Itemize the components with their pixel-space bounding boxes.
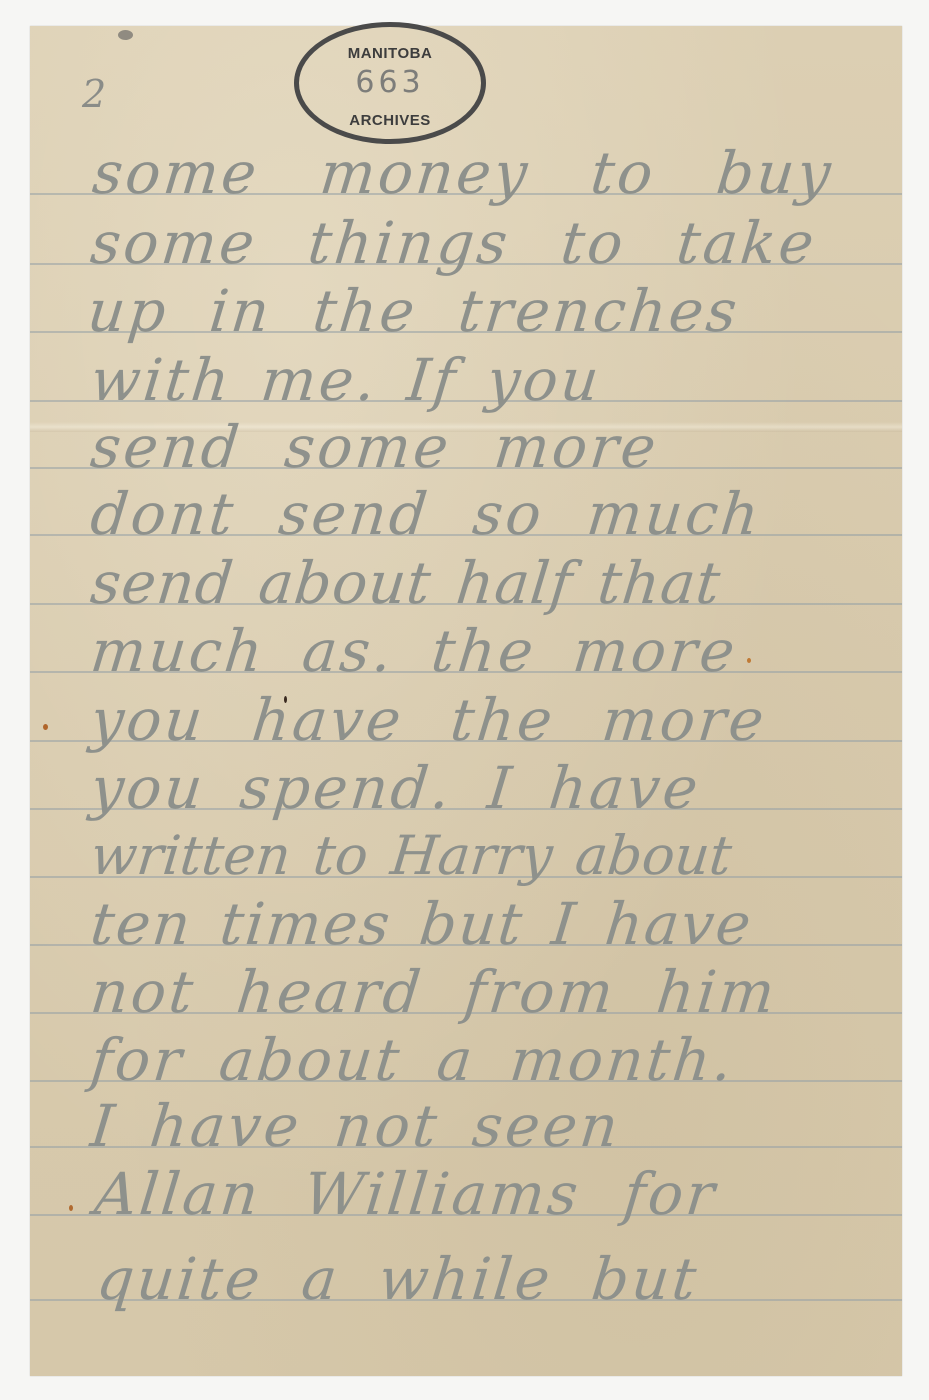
stamp-top-text: MANITOBA <box>299 45 481 62</box>
rust-spot <box>69 1205 73 1211</box>
letter-line: with me. If you <box>88 351 604 409</box>
letter-line: send about half that <box>88 554 724 612</box>
letter-line: Allan Williams for <box>92 1165 720 1223</box>
rust-spot <box>747 658 751 663</box>
letter-line: I have not seen <box>88 1097 624 1155</box>
stamp-number: 663 <box>299 65 481 100</box>
letter-line: for about a month. <box>88 1031 738 1089</box>
pencil-smudge <box>118 30 133 40</box>
page-number: 2 <box>82 72 106 116</box>
letter-line: some money to buy <box>90 144 836 202</box>
letter-page: some money to buy some things to take up… <box>30 26 902 1376</box>
letter-line: you spend. I have <box>88 759 704 817</box>
letter-line: much as. the more <box>88 622 740 680</box>
stamp-bottom-text: ARCHIVES <box>299 112 481 129</box>
letter-line: send some more <box>88 418 662 476</box>
rust-spot <box>43 724 48 730</box>
letter-line: written to Harry about <box>88 827 734 885</box>
letter-line: you have the more <box>88 691 769 749</box>
letter-line: some things to take <box>88 214 819 272</box>
letter-line: quite a while but <box>94 1250 702 1308</box>
letter-line: dont send so much <box>88 485 765 543</box>
archive-stamp: MANITOBA 663 ARCHIVES <box>294 22 486 144</box>
letter-line: not heard from him <box>88 963 780 1021</box>
letter-line: ten times but I have <box>88 895 756 953</box>
letter-line: up in the trenches <box>85 282 742 340</box>
